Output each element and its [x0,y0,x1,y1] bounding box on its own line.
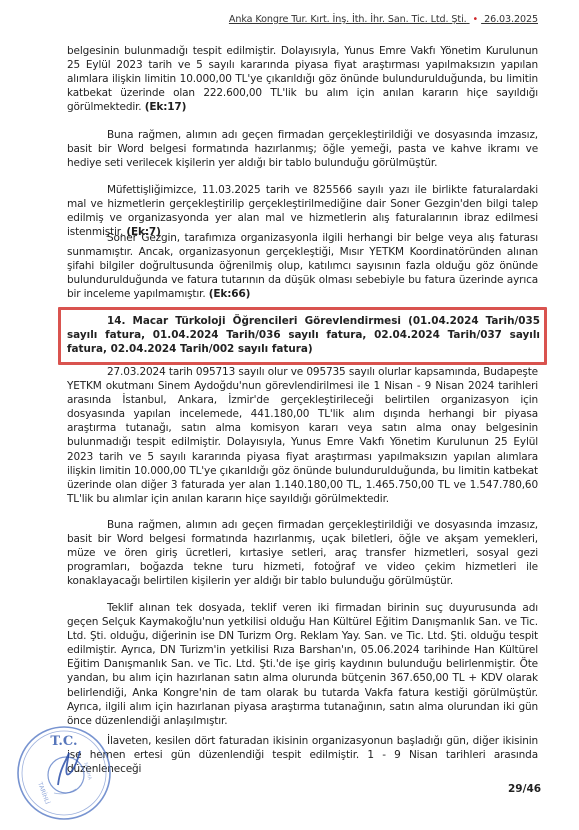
svg-text:TARİHLİ: TARİHLİ [36,780,51,805]
annex-reference: (Ek:66) [209,288,251,300]
paragraph-4: Soner Gezgin, tarafımıza organizasyonla … [67,231,538,301]
paragraph-text: Buna rağmen, alımın adı geçen firmadan g… [67,128,538,170]
paragraph-text: belgesinin bulunmadığı tespit edilmiştir… [67,45,538,113]
svg-text:T.C.: T.C. [50,734,77,749]
paragraph-6: Buna rağmen, alımın adı geçen firmadan g… [67,518,538,588]
paragraph-text: 27.03.2024 tarih 095713 sayılı olur ve 0… [67,365,538,506]
paragraph-2: Buna rağmen, alımın adı geçen firmadan g… [67,128,538,170]
annex-reference: (Ek:17) [145,101,187,113]
official-stamp-icon: T.C. TARİHLİ NUSHA [14,723,114,823]
paragraph-text: Teklif alınan tek dosyada, teklif veren … [67,601,538,728]
section-title: 14. Macar Türkoloji Öğrencileri Görevlen… [67,314,540,356]
paragraph-8: İlaveten, kesilen dört faturadan ikisini… [67,734,538,776]
document-header: Anka Kongre Tur. Kırt. İnş. İth. İhr. Sa… [229,14,538,25]
paragraph-7: Teklif alınan tek dosyada, teklif veren … [67,601,538,728]
paragraph-1: belgesinin bulunmadığı tespit edilmiştir… [67,44,538,114]
paragraph-5: 27.03.2024 tarih 095713 sayılı olur ve 0… [67,365,538,506]
page-number: 29/46 [508,783,541,795]
paragraph-text: Soner Gezgin, tarafımıza organizasyonla … [67,232,538,300]
paragraph-text: İlaveten, kesilen dört faturadan ikisini… [67,734,538,776]
paragraph-text: Buna rağmen, alımın adı geçen firmadan g… [67,518,538,588]
header-company: Anka Kongre Tur. Kırt. İnş. İth. İhr. Sa… [229,14,467,25]
header-date: 26.03.2025 [484,14,538,25]
section-heading-box: 14. Macar Türkoloji Öğrencileri Görevlen… [58,307,547,365]
header-separator: • [473,14,479,25]
